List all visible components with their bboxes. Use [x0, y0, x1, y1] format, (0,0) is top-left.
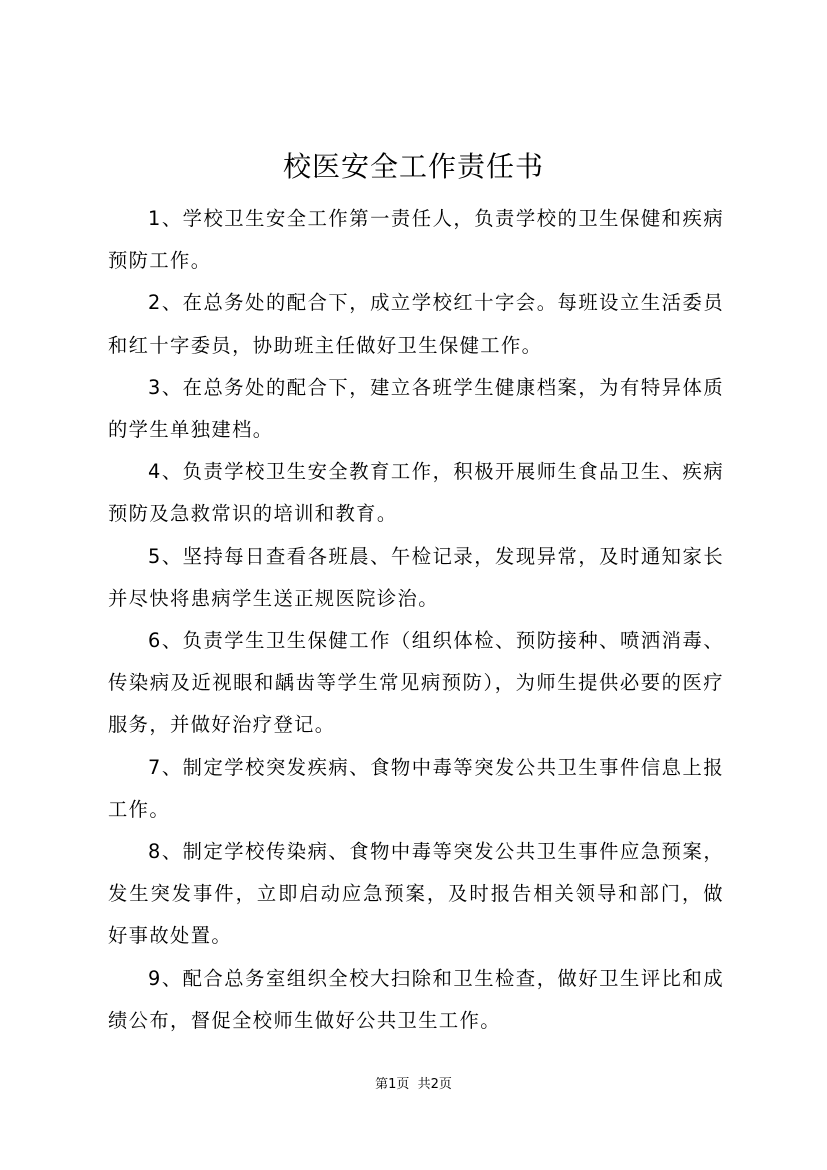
paragraph-7: 7、制定学校突发疾病、食物中毒等突发公共卫生事件信息上报工作。 — [108, 747, 724, 831]
paragraph-4: 4、负责学校卫生安全教育工作，积极开展师生食品卫生、疾病预防及急救常识的培训和教… — [108, 451, 724, 535]
paragraph-6: 6、负责学生卫生保健工作（组织体检、预防接种、喷洒消毒、传染病及近视眼和龋齿等学… — [108, 620, 724, 747]
paragraph-2: 2、在总务处的配合下，成立学校红十字会。每班设立生活委员和红十字委员，协助班主任… — [108, 282, 724, 366]
paragraph-3: 3、在总务处的配合下，建立各班学生健康档案，为有特异体质的学生单独建档。 — [108, 367, 724, 451]
total-pages-indicator: 共2页 — [418, 1077, 452, 1092]
paragraph-8: 8、制定学校传染病、食物中毒等突发公共卫生事件应急预案，发生突发事件，立即启动应… — [108, 831, 724, 958]
paragraph-1: 1、学校卫生安全工作第一责任人，负责学校的卫生保健和疾病预防工作。 — [108, 198, 724, 282]
paragraph-9: 9、配合总务室组织全校大扫除和卫生检查，做好卫生评比和成绩公布，督促全校师生做好… — [108, 958, 724, 1042]
document-body: 1、学校卫生安全工作第一责任人，负责学校的卫生保健和疾病预防工作。 2、在总务处… — [108, 198, 724, 1042]
current-page-indicator: 第1页 — [375, 1077, 409, 1092]
document-title: 校医安全工作责任书 — [0, 147, 827, 187]
page-footer: 第1页 共2页 — [0, 1076, 827, 1094]
paragraph-5: 5、坚持每日查看各班晨、午检记录，发现异常，及时通知家长并尽快将患病学生送正规医… — [108, 536, 724, 620]
document-page: 校医安全工作责任书 1、学校卫生安全工作第一责任人，负责学校的卫生保健和疾病预防… — [0, 0, 827, 1170]
